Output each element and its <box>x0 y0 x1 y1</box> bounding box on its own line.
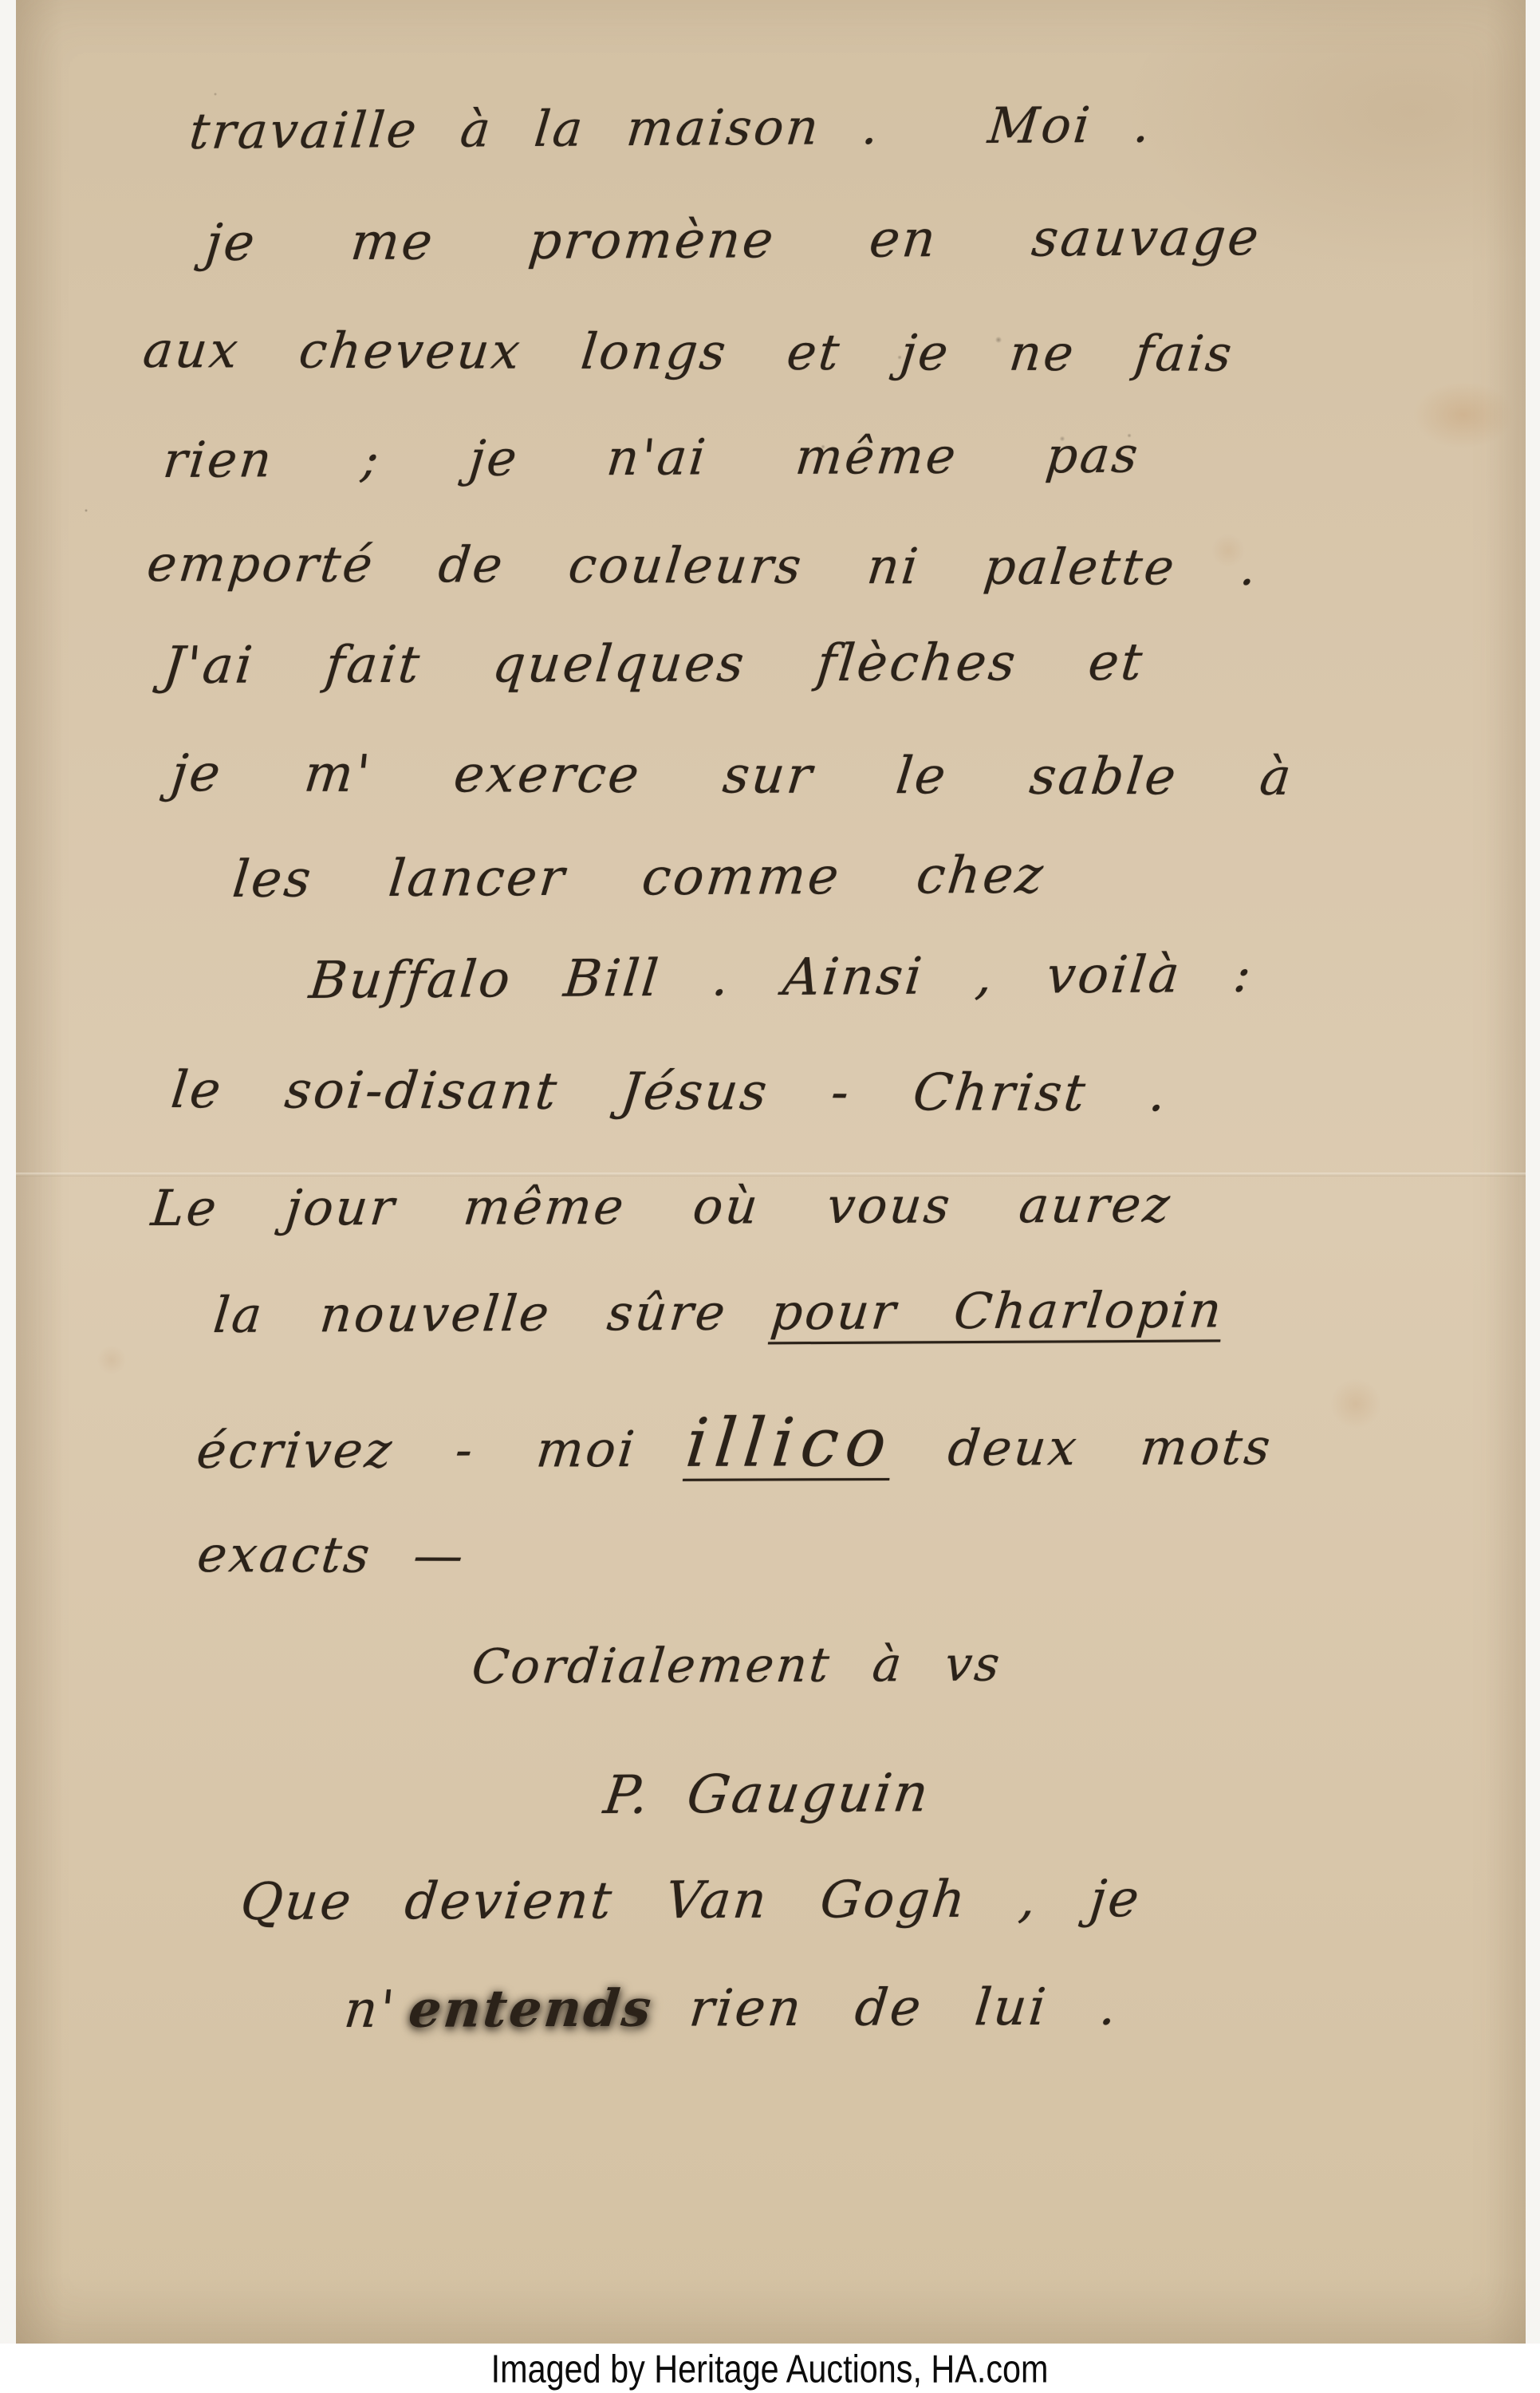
letter-line-14: exacts — <box>195 1525 469 1584</box>
closing-text: Cordialement à vs <box>470 1637 1005 1695</box>
postscript-2-text-2: rien de lui . <box>687 1978 1121 2039</box>
letter-line-8-text: les lancer comme chez <box>230 846 1048 909</box>
watermark-bar: Imaged by Heritage Auctions, HA.com <box>0 2344 1540 2393</box>
letter-line-1: travaille à la maison .Moi . <box>187 96 1155 160</box>
letter-line-8: les lancer comme chez <box>230 846 1048 909</box>
postscript-1-text: Que devient Van Gogh , je <box>238 1870 1144 1932</box>
scanned-letter-photo: travaille à la maison .Moi . je me promè… <box>0 0 1540 2393</box>
letter-line-13: écrivez - moiillicodeux mots <box>194 1402 1277 1484</box>
letter-line-2: je me promène en sauvage <box>203 208 1263 273</box>
fold-crease <box>16 1173 1526 1177</box>
letter-line-12: la nouvelle sûrepour Charlopin <box>211 1280 1226 1344</box>
letter-line-3-text: aux cheveux longs et je ne fais <box>140 321 1237 383</box>
letter-line-12-text: la nouvelle sûre <box>211 1283 730 1344</box>
letter-line-13-text: écrivez - moi <box>195 1420 640 1480</box>
letter-line-1-text: travaille à la maison . <box>187 97 883 160</box>
letter-line-10: le soi-disant Jésus - Christ . <box>168 1061 1172 1123</box>
letter-line-11: Le jour même où vous aurez <box>148 1176 1175 1237</box>
letter-paper: travaille à la maison .Moi . je me promè… <box>16 0 1526 2344</box>
letter-line-14-text: exacts — <box>195 1525 469 1584</box>
signature-text: P. Gauguin <box>601 1762 935 1826</box>
letter-line-7: je m' exerce sur le sable à <box>168 744 1296 807</box>
letter-line-1-text-2: Moi . <box>986 96 1155 155</box>
postscript-line-1: Que devient Van Gogh , je <box>238 1870 1144 1932</box>
letter-line-10-text: le soi-disant Jésus - Christ . <box>168 1061 1172 1123</box>
letter-line-6-text: J'ai fait quelques flèches et <box>160 633 1147 696</box>
letter-line-4-text: rien ; je n'ai même pas <box>160 426 1143 489</box>
letter-line-13-illico-underlined: illico <box>683 1403 897 1482</box>
letter-line-11-text: Le jour même où vous aurez <box>148 1176 1175 1237</box>
postscript-2-blotted-word: entends <box>406 1979 656 2040</box>
postscript-2-text: n' <box>341 1981 399 2040</box>
letter-line-5-text: emporté de couleurs ni palette . <box>144 534 1262 597</box>
letter-line-4: rien ; je n'ai même pas <box>160 426 1143 489</box>
letter-line-9: Buffalo Bill . Ainsi , voilà : <box>306 945 1256 1011</box>
letter-line-12-underlined-text: pour Charlopin <box>768 1280 1226 1341</box>
letter-line-9-text: Buffalo Bill . Ainsi , voilà : <box>306 945 1256 1011</box>
closing-line: Cordialement à vs <box>470 1637 1005 1695</box>
letter-line-5: emporté de couleurs ni palette . <box>144 534 1262 597</box>
letter-line-3: aux cheveux longs et je ne fais <box>140 321 1237 383</box>
letter-line-6: J'ai fait quelques flèches et <box>160 633 1147 696</box>
letter-line-7-text: je m' exerce sur le sable à <box>168 744 1296 807</box>
postscript-line-2: n'entendsrien de lui . <box>341 1977 1121 2040</box>
watermark-text: Imaged by Heritage Auctions, HA.com <box>491 2345 1049 2391</box>
signature-line: P. Gauguin <box>601 1762 935 1826</box>
letter-line-13-text-2: deux mots <box>946 1417 1275 1476</box>
letter-line-2-text: je me promène en sauvage <box>203 208 1263 273</box>
